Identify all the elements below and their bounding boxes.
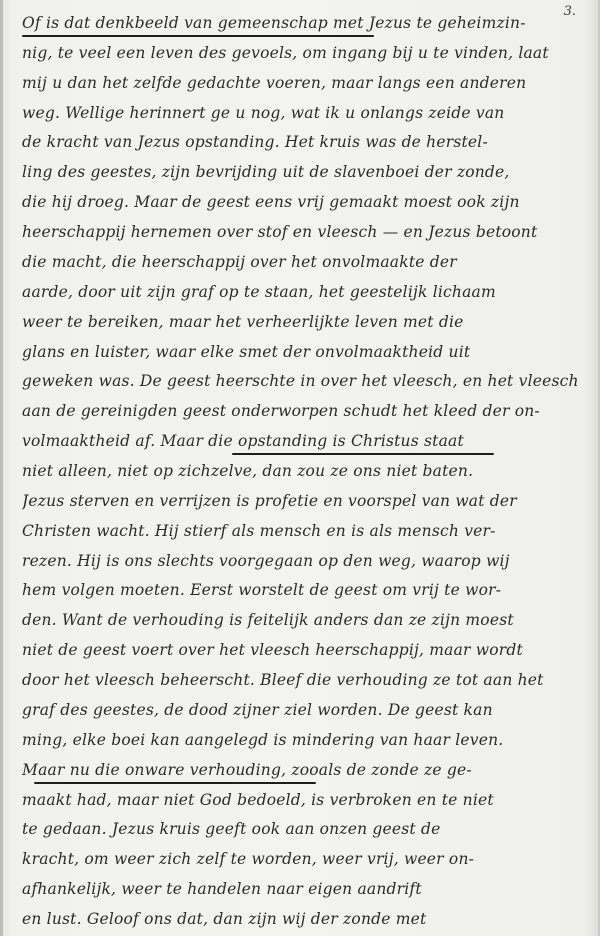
handwritten-line: maakt had, maar niet God bedoeld, is ver… bbox=[22, 789, 594, 813]
handwritten-line: niet de geest voert over het vleesch hee… bbox=[22, 639, 594, 663]
handwritten-line: weer te bereiken, maar het verheerlijkte… bbox=[22, 311, 594, 335]
handwritten-line: Maar nu die onware verhouding, zooals de… bbox=[22, 759, 594, 783]
handwritten-line: mij u dan het zelfde gedachte voeren, ma… bbox=[22, 72, 594, 96]
handwritten-line: graf des geestes, de dood zijner ziel wo… bbox=[22, 699, 594, 723]
handwritten-line: hem volgen moeten. Eerst worstelt de gee… bbox=[22, 579, 594, 603]
handwritten-line: te gedaan. Jezus kruis geeft ook aan onz… bbox=[22, 818, 594, 842]
handwritten-line: Jezus sterven en verrijzen is profetie e… bbox=[22, 490, 594, 514]
handwritten-line: afhankelijk, weer te handelen naar eigen… bbox=[22, 878, 594, 902]
handwritten-line: en lust. Geloof ons dat, dan zijn wij de… bbox=[22, 908, 594, 932]
underline-stroke bbox=[34, 782, 316, 784]
handwritten-line: de kracht van Jezus opstanding. Het krui… bbox=[22, 131, 594, 155]
handwritten-line: ming, elke boei kan aangelegd is minderi… bbox=[22, 729, 594, 753]
handwritten-line: die macht, die heerschappij over het onv… bbox=[22, 251, 594, 275]
handwritten-line: door het vleesch beheerscht. Bleef die v… bbox=[22, 669, 594, 693]
handwritten-line: Of is dat denkbeeld van gemeenschap met … bbox=[22, 12, 594, 36]
handwritten-line: ling des geestes, zijn bevrijding uit de… bbox=[22, 161, 594, 185]
handwritten-line: die hij droeg. Maar de geest eens vrij g… bbox=[22, 191, 594, 215]
handwritten-line: weg. Wellige herinnert ge u nog, wat ik … bbox=[22, 102, 594, 126]
manuscript-page: 3. Of is dat denkbeeld van gemeenschap m… bbox=[0, 0, 600, 936]
handwritten-line: glans en luister, waar elke smet der onv… bbox=[22, 341, 594, 365]
handwritten-line: den. Want de verhouding is feitelijk and… bbox=[22, 609, 594, 633]
handwritten-line: aarde, door uit zijn graf op te staan, h… bbox=[22, 281, 594, 305]
underline-stroke bbox=[232, 453, 494, 455]
handwritten-line: Christen wacht. Hij stierf als mensch en… bbox=[22, 520, 594, 544]
handwritten-line: aan de gereinigden geest onderworpen sch… bbox=[22, 400, 594, 424]
underline-stroke bbox=[22, 35, 374, 37]
handwritten-line: kracht, om weer zich zelf te worden, wee… bbox=[22, 848, 594, 872]
handwritten-line: heerschappij hernemen over stof en vlees… bbox=[22, 221, 594, 245]
handwritten-line: nig, te veel een leven des gevoels, om i… bbox=[22, 42, 594, 66]
handwritten-line: volmaaktheid af. Maar die opstanding is … bbox=[22, 430, 594, 454]
handwritten-line: niet alleen, niet op zichzelve, dan zou … bbox=[22, 460, 594, 484]
handwritten-line: rezen. Hij is ons slechts voorgegaan op … bbox=[22, 550, 594, 574]
page-left-edge bbox=[0, 0, 3, 936]
handwritten-line: geweken was. De geest heerschte in over … bbox=[22, 370, 594, 394]
